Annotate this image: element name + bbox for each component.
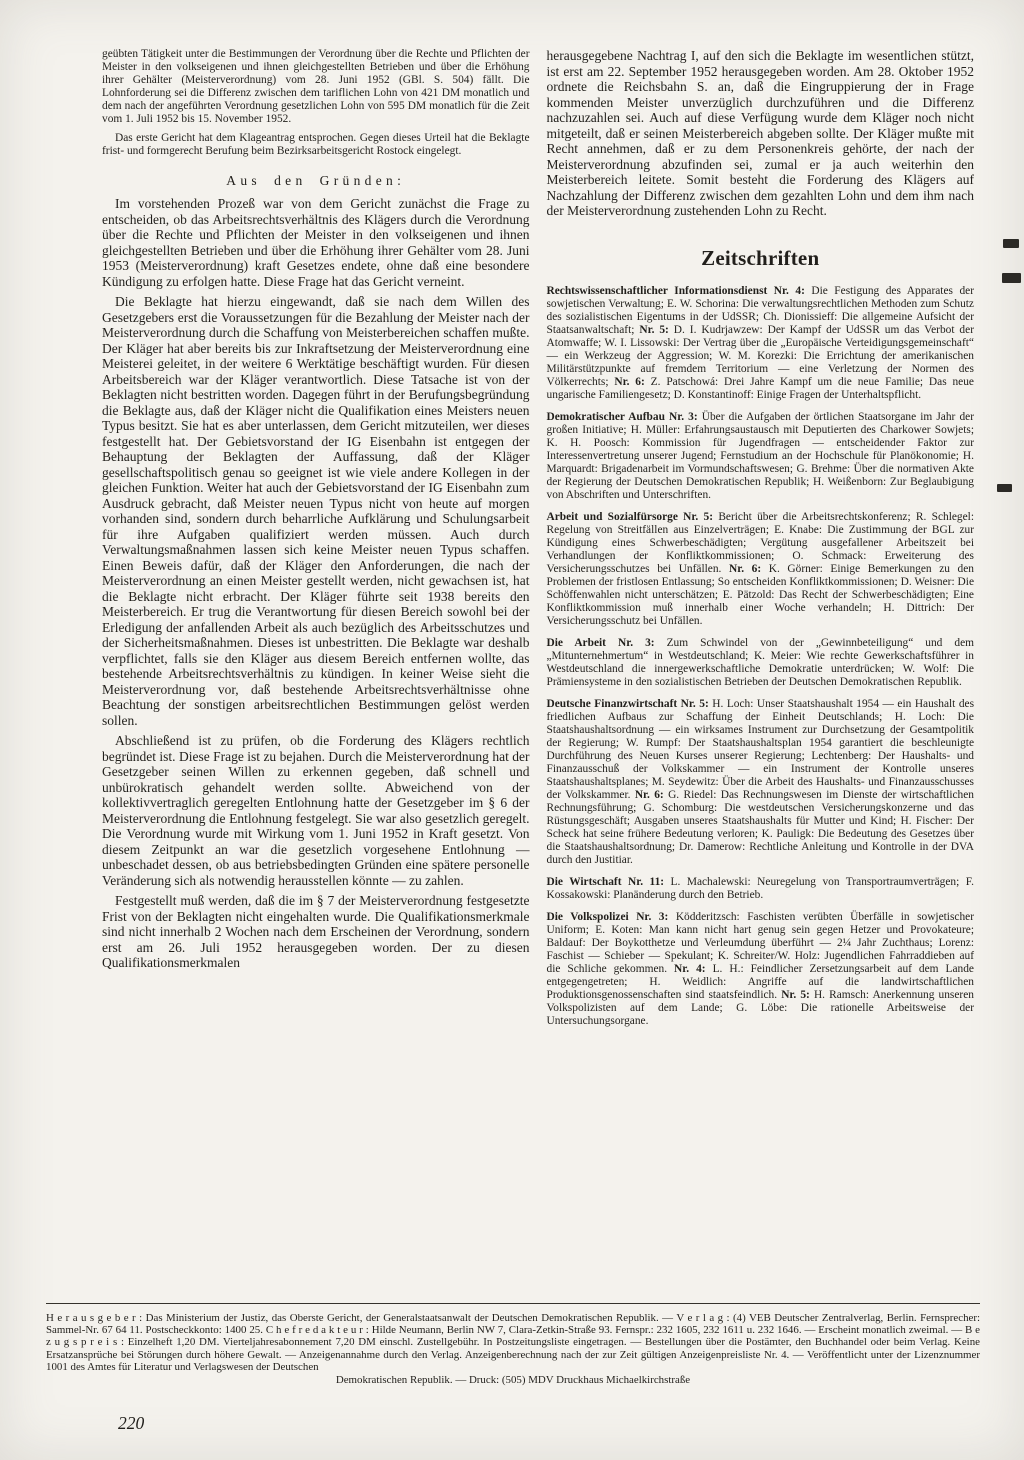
journal-entry: Arbeit und Sozialfürsorge Nr. 5: Bericht…: [547, 511, 975, 628]
imprint-divider: [46, 1303, 980, 1304]
reasons-heading: Aus den Gründen:: [102, 173, 530, 188]
journal-entry: Die Wirtschaft Nr. 11: L. Machalewski: N…: [547, 876, 975, 902]
page-number: 220: [118, 1413, 980, 1434]
journal-entry: Rechtswissenschaftlicher Informationsdie…: [547, 285, 975, 402]
right-column: herausgegebene Nachtrag I, auf den sich …: [547, 48, 975, 1028]
page-footer: H e r a u s g e b e r : Das Ministerium …: [46, 1303, 980, 1434]
journals-section-heading: Zeitschriften: [547, 246, 975, 270]
left-column: geübten Tätigkeit unter die Bestimmungen…: [102, 48, 530, 971]
reasons-paragraph: Die Beklagte hat hierzu eingewandt, daß …: [102, 294, 530, 728]
reasons-paragraph: Abschließend ist zu prüfen, ob die Forde…: [102, 733, 530, 888]
reasons-continuation-paragraph: herausgegebene Nachtrag I, auf den sich …: [547, 48, 975, 219]
journal-entry: Die Arbeit Nr. 3: Zum Schwindel von der …: [547, 637, 975, 689]
reasons-paragraph: Im vorstehenden Prozeß war von dem Geric…: [102, 196, 530, 289]
imprint-text: H e r a u s g e b e r : Das Ministerium …: [46, 1312, 980, 1374]
scan-artifact: [1003, 239, 1019, 248]
scan-artifact: [997, 484, 1012, 492]
journal-entry: Deutsche Finanzwirtschaft Nr. 5: H. Loch…: [547, 698, 975, 867]
case-facts-paragraph: geübten Tätigkeit unter die Bestimmungen…: [102, 48, 530, 126]
scan-artifact: [1002, 273, 1021, 283]
imprint-last-line: Demokratischen Republik. — Druck: (505) …: [46, 1374, 980, 1386]
case-facts-paragraph: Das erste Gericht hat dem Klageantrag en…: [102, 132, 530, 158]
reasons-paragraph: Festgestellt muß werden, daß die im § 7 …: [102, 893, 530, 971]
journal-entry: Demokratischer Aufbau Nr. 3: Über die Au…: [547, 411, 975, 502]
scanned-page: geübten Tätigkeit unter die Bestimmungen…: [0, 0, 1024, 1460]
article-columns: geübten Tätigkeit unter die Bestimmungen…: [102, 48, 974, 1028]
journal-entry: Die Volkspolizei Nr. 3: Ködderitzsch: Fa…: [547, 911, 975, 1028]
